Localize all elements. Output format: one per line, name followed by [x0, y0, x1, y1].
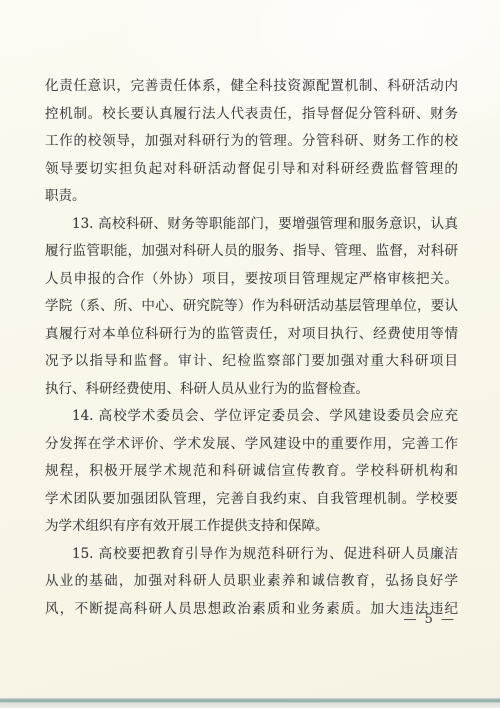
text-line-item-14: 14. 高校学术委员会、学位评定委员会、学风建设委员会应充 [45, 403, 458, 431]
text-line: 况予以指导和监督。审计、纪检监察部门要加强对重大科研项目 [45, 348, 458, 376]
text-line-item-13: 13. 高校科研、财务等职能部门，要增强管理和服务意识，认真 [45, 211, 458, 239]
text-line: 为学术组织有序有效开展工作提供支持和保障。 [45, 513, 458, 541]
text-line: 控机制。校长要认真履行法人代表责任，指导督促分管科研、财务 [45, 101, 458, 129]
text-line: 执行、科研经费使用、科研人员从业行为的监督检查。 [45, 376, 458, 404]
text-line: 人员申报的合作（外协）项目，要按项目管理规定严格审核把关。 [45, 266, 458, 294]
scanned-document-page: 化责任意识，完善责任体系，健全科技资源配置机制、科研活动内 控机制。校长要认真履… [0, 0, 500, 708]
text-line: 从业的基础，加强对科研人员职业素养和诚信教育，弘扬良好学 [45, 568, 458, 596]
text-line: 规程，积极开展学术规范和科研诚信宣传教育。学校科研机构和 [45, 458, 458, 486]
text-line: 分发挥在学术评价、学术发展、学风建设中的重要作用，完善工作 [45, 431, 458, 459]
text-line: 职责。 [45, 183, 458, 211]
text-line: 真履行对本单位科研行为的监管责任，对项目执行、经费使用等情 [45, 321, 458, 349]
text-line-item-15: 15. 高校要把教育引导作为规范科研行为、促进科研人员廉洁 [45, 541, 458, 569]
text-line: 学术团队要加强团队管理，完善自我约束、自我管理机制。学校要 [45, 486, 458, 514]
text-line: 风，不断提高科研人员思想政治素质和业务素质。加大违法违纪 [45, 596, 458, 624]
text-line: 化责任意识，完善责任体系，健全科技资源配置机制、科研活动内 [45, 73, 458, 101]
text-line: 领导要切实担负起对科研活动督促引导和对科研经费监督管理的 [45, 156, 458, 184]
scan-bottom-edge [0, 698, 500, 708]
text-line: 工作的校领导，加强对科研行为的管理。分管科研、财务工作的校 [45, 128, 458, 156]
document-body-text: 化责任意识，完善责任体系，健全科技资源配置机制、科研活动内 控机制。校长要认真履… [45, 73, 458, 623]
text-line: 履行监管职能，加强对科研人员的服务、指导、管理、监督，对科研 [45, 238, 458, 266]
text-line: 学院（系、所、中心、研究院等）作为科研活动基层管理单位，要认 [45, 293, 458, 321]
page-number: — 5 — [403, 612, 456, 627]
